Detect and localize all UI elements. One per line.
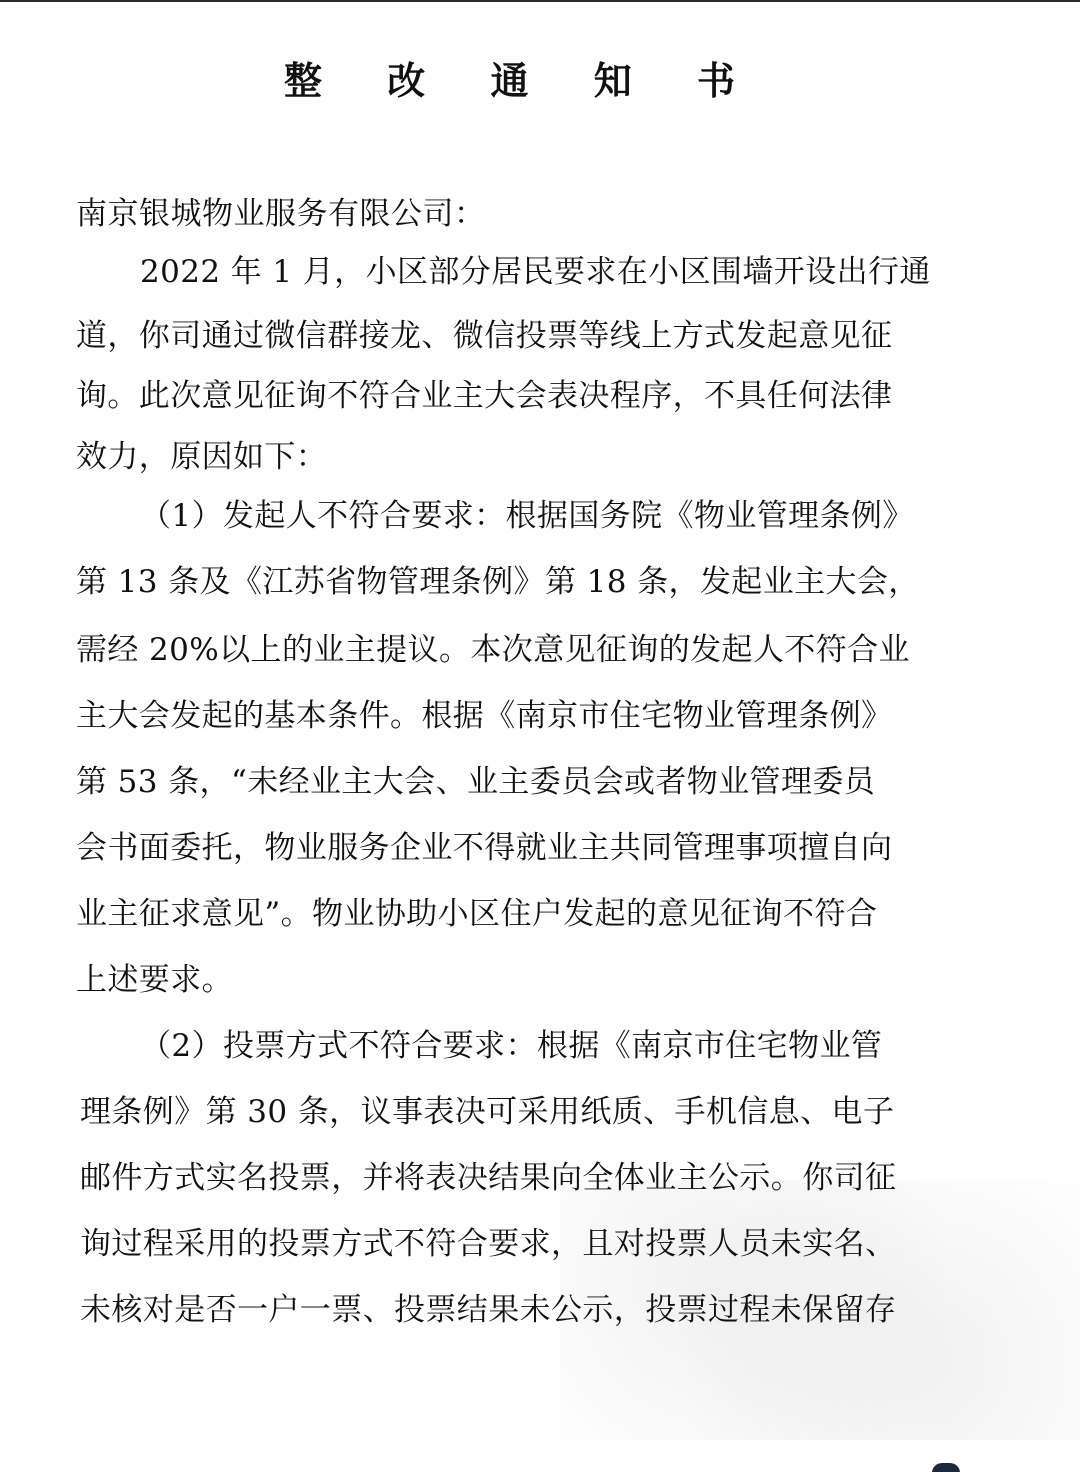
body-line: 未核对是否一户一票、投票结果未公示，投票过程未保留存 xyxy=(80,1286,896,1334)
body-line: 询。此次意见征询不符合业主大会表决程序，不具任何法律 xyxy=(76,372,892,420)
body-line: 理条例》第 30 条，议事表决可采用纸质、手机信息、电子 xyxy=(80,1088,894,1136)
document-title: 整 改 通 知 书 xyxy=(0,56,1045,106)
bottom-strip xyxy=(0,1440,1080,1472)
body-line: 业主征求意见”。物业协助小区住户发起的意见征询不符合 xyxy=(76,890,877,938)
body-line: 第 53 条，“未经业主大会、业主委员会或者物业管理委员 xyxy=(76,758,875,806)
body-line: 主大会发起的基本条件。根据《南京市住宅物业管理条例》 xyxy=(76,692,892,740)
body-line: 需经 20%以上的业主提议。本次意见征询的发起人不符合业 xyxy=(76,626,910,674)
body-line: 询过程采用的投票方式不符合要求，且对投票人员未实名、 xyxy=(80,1220,896,1268)
body-line: 道，你司通过微信群接龙、微信投票等线上方式发起意见征 xyxy=(76,312,892,360)
body-line: 2022 年 1 月，小区部分居民要求在小区围墙开设出行通 xyxy=(140,248,931,296)
body-line: 邮件方式实名投票，并将表决结果向全体业主公示。你司征 xyxy=(80,1154,896,1202)
scanned-page: 整 改 通 知 书 南京银城物业服务有限公司： 2022 年 1 月，小区部分居… xyxy=(0,0,1080,1440)
body-line: 效力，原因如下： xyxy=(76,433,327,481)
addressee: 南京银城物业服务有限公司： xyxy=(76,190,486,238)
scroll-handle-icon[interactable] xyxy=(932,1463,960,1472)
top-edge-line xyxy=(0,0,1080,2)
body-line: （1）发起人不符合要求：根据国务院《物业管理条例》 xyxy=(140,492,914,540)
body-line: （2）投票方式不符合要求：根据《南京市住宅物业管 xyxy=(140,1022,882,1070)
body-line: 第 13 条及《江苏省物管理条例》第 18 条，发起业主大会， xyxy=(76,558,920,606)
body-line: 会书面委托，物业服务企业不得就业主共同管理事项擅自向 xyxy=(76,824,892,872)
body-line: 上述要求。 xyxy=(76,956,233,1004)
